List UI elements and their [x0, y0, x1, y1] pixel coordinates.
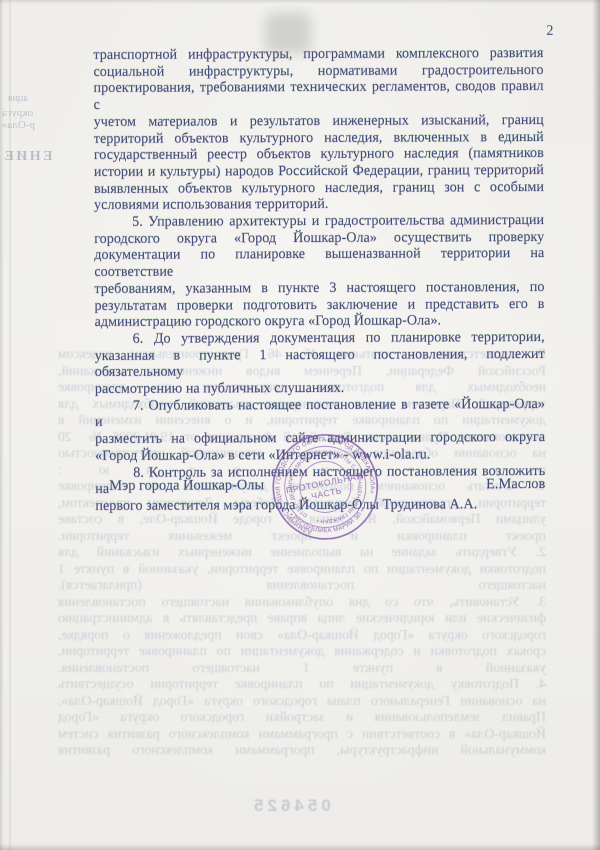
text-line: учетом материалов и результатов инженерн…	[94, 112, 544, 131]
text-line: проектирования, требованиями технических…	[93, 78, 543, 113]
scanned-document-page: ация округа р-Ола» ЕНИЕ В соответствии с…	[0, 0, 600, 850]
text-line: результатам проверки подготовить заключе…	[94, 295, 544, 314]
text-line: городского округа «Город Йошкар-Ола» осу…	[94, 229, 544, 248]
paragraph-item-5: 5. Управлению архитектуры и градостроите…	[94, 212, 545, 331]
signature-title: Мэр города Йошкар-Олы	[109, 477, 264, 495]
text-line: государственный реестр объектов культурн…	[94, 145, 544, 164]
text-line: условиями использования территорий.	[94, 195, 544, 214]
page-number: 2	[546, 23, 553, 40]
text-line: 5. Управлению архитектуры и градостроите…	[94, 212, 544, 231]
text-line: требованиям, указанным в пункте 3 настоя…	[94, 279, 544, 298]
text-line: транспортной инфраструктуры, программами…	[93, 45, 543, 64]
official-stamp: АДМИНИСТРАЦИЯ ГОРОДСКОГО ОКРУГА «ГОРОД Й…	[259, 420, 392, 553]
text-line: администрацию городского округа «Город Й…	[95, 312, 545, 331]
text-line: 6. До утверждения документация по планир…	[95, 329, 545, 348]
text-line: указанная в пункте 1 настоящего постанов…	[95, 346, 545, 381]
scan-fold-line	[9, 0, 11, 850]
text-line: документации по планировке вышеназванной…	[94, 245, 544, 280]
text-line: истории и культуры) народов Российской Ф…	[94, 162, 544, 181]
text-line: территорий объектов культурного наследия…	[94, 128, 544, 147]
text-line: рассмотрению на публичных слушаниях.	[95, 379, 545, 398]
paragraph-continuation: транспортной инфраструктуры, программами…	[93, 45, 544, 214]
text-line: выявленных объектов культурного наследия…	[94, 179, 544, 198]
signature-name: Е.Маслов	[486, 476, 545, 493]
text-line: социальной инфраструктуры, нормативами г…	[93, 62, 543, 81]
page-content: 2 транспортной инфраструктуры, программа…	[0, 0, 600, 850]
paragraph-item-6: 6. До утверждения документация по планир…	[95, 329, 545, 398]
